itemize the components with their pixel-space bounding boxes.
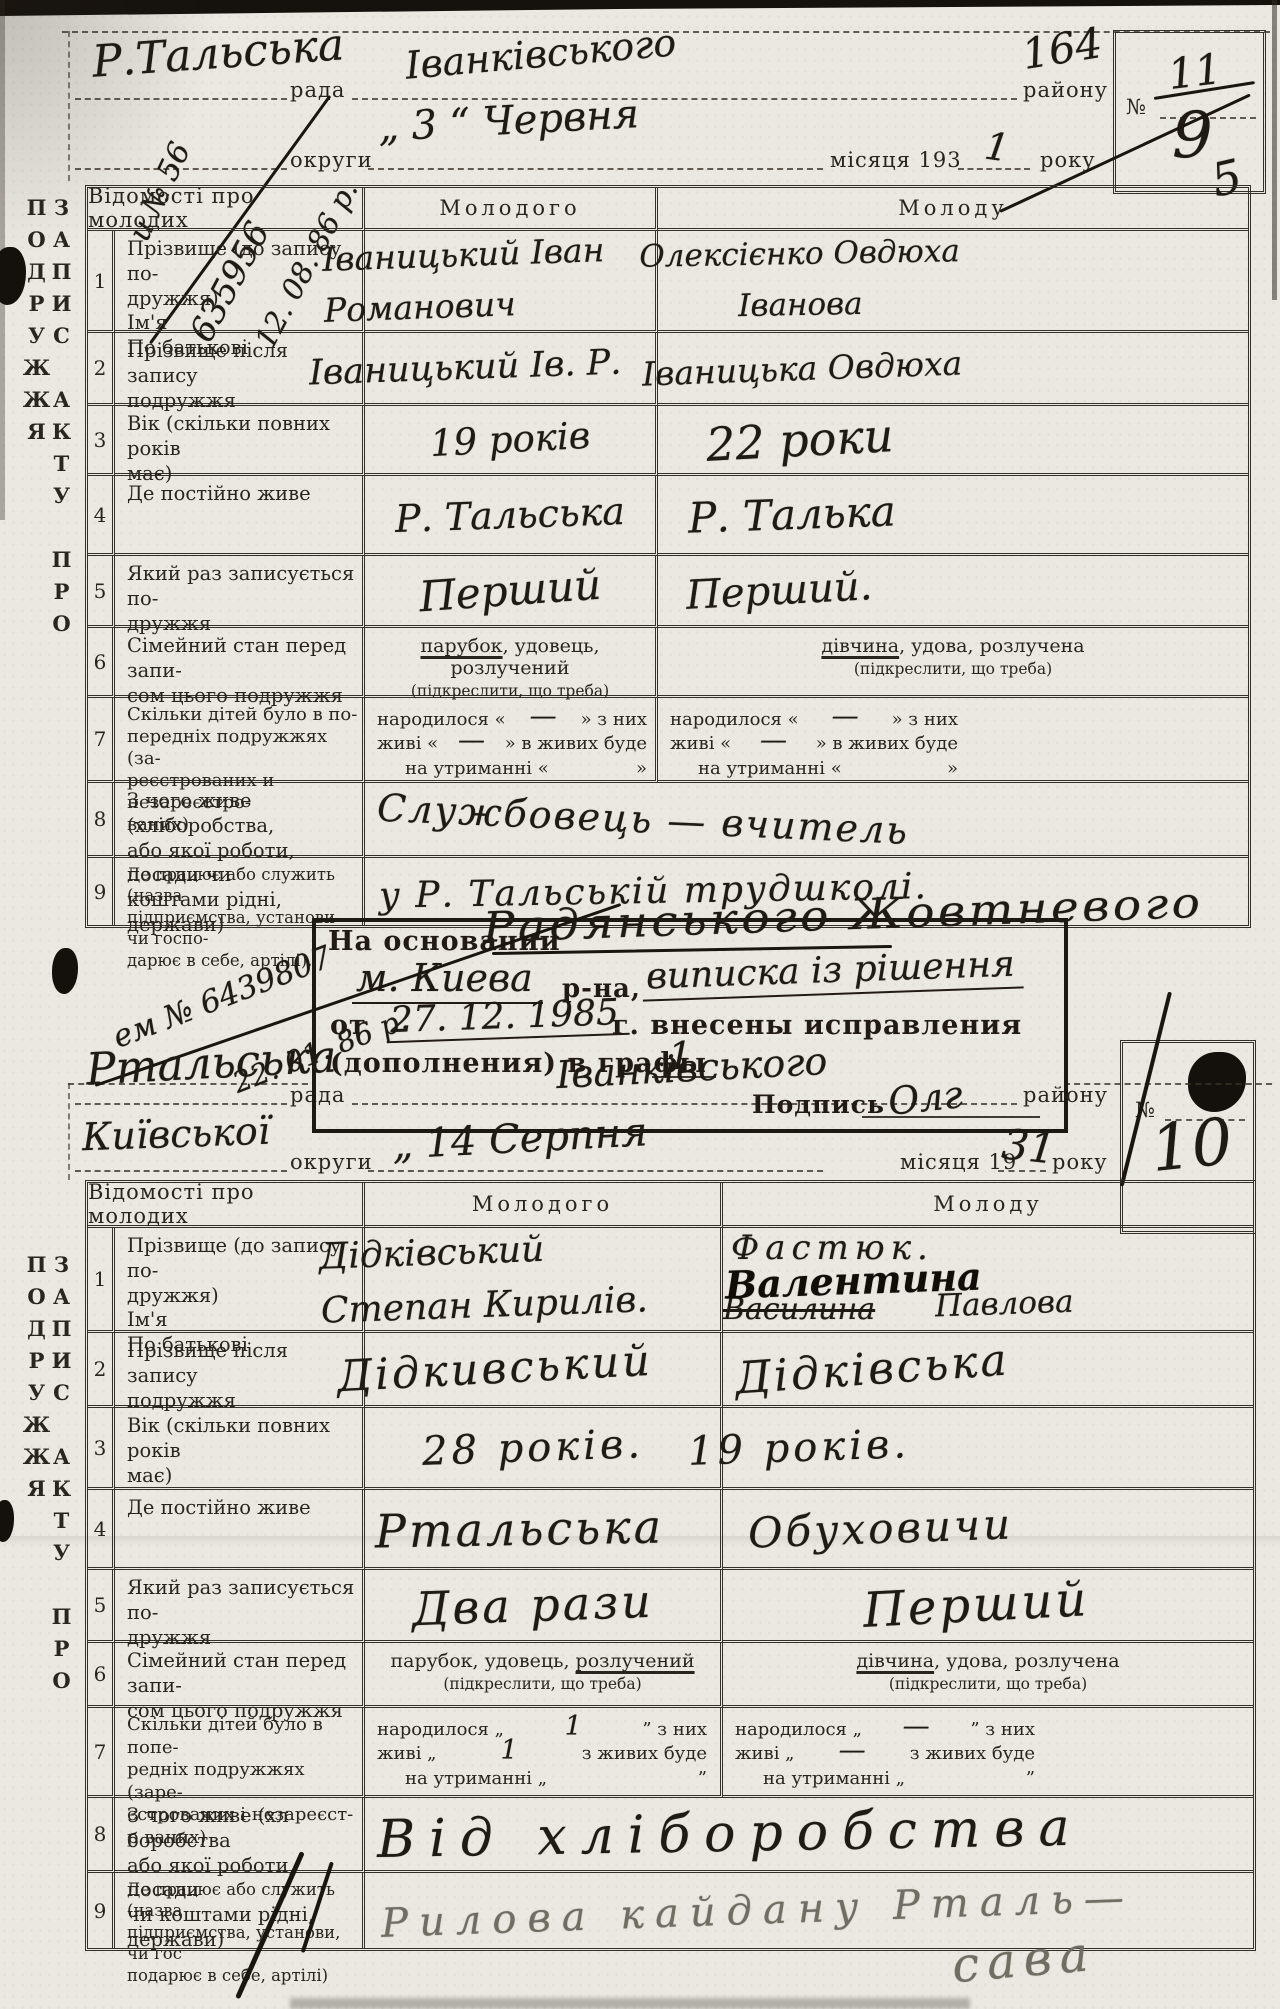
form1-row1-number: 1 (88, 231, 115, 333)
form2-row1-number: 1 (88, 1228, 115, 1333)
scanned-marriage-record-page: ЗАПИС АКТУ ПРО ПОДРУЖЖЯ рада району Р.Та… (0, 0, 1280, 2009)
form1-row3-groom-cell: 19 років (365, 406, 658, 476)
form2-row2-bride-value: Дідківська (734, 1334, 1012, 1404)
form2-row6-groom-underlined: розлучений (576, 1650, 695, 1672)
form2-row9-number: 9 (88, 1873, 115, 1948)
form2-row7-number: 7 (88, 1708, 115, 1798)
form1-row6-bride-underlined: дівчина (821, 635, 899, 657)
form1-row9-number: 9 (88, 858, 115, 925)
form1-row4-number: 4 (88, 476, 115, 556)
form1-row3-groom-value: 19 років (429, 414, 591, 465)
stamp-signature-value: Олг (886, 1072, 965, 1124)
form1-row1-groom-cell: Іваницький Іван Романович (365, 231, 658, 333)
form2-left-rule (68, 1083, 70, 1180)
form1-row5-number: 5 (88, 556, 115, 628)
form1-rada-blank (75, 98, 287, 100)
form2-row2-number: 2 (88, 1333, 115, 1408)
form1-row7-bride-cell: народилося «—» з них живі «—» в живих бу… (658, 698, 1248, 783)
form1-row6-bride-cell: дівчина, удова, розлучена (підкреслити, … (658, 628, 1248, 698)
form1-col-header-info: Відомості про молодих (88, 188, 365, 231)
form1-row6-groom-cell: парубок, удовець, розлучений (підкреслит… (365, 628, 658, 698)
form1-row5-question: Який раз записується по- дружжя (115, 556, 365, 628)
form1-col-header-bride: Молоду (658, 188, 1248, 231)
form1-row8-question: З чого живе (хліборобства, або якої робо… (115, 783, 365, 858)
form2-row1-groom-cell: Дідківський Степан Кирилів. (365, 1228, 723, 1333)
form2-row2-question: Прізвище після запису подружжя (115, 1333, 365, 1408)
form2-row3-groom-cell: 28 років. (365, 1408, 723, 1490)
form2-okruha-value: Київської (81, 1109, 270, 1160)
form1-year-blank (958, 168, 1030, 170)
form1-year-digit: 1 (982, 124, 1012, 171)
form1-row2-groom-cell: Іваницький Ів. Р. (365, 333, 658, 406)
form1-row7-number: 7 (88, 698, 115, 783)
form1-row9-question: Де працює або служить (назва підприємств… (115, 858, 365, 925)
form2-row3-question: Вік (скільки повних років має) (115, 1408, 365, 1490)
form2-okruha-label: округи (290, 1150, 373, 1174)
form1-row1-bride-value: Олексієнко Овдюха Іванова (619, 226, 981, 335)
form2-row4-groom-value: Ртальська (375, 1499, 665, 1558)
form1-page-number: 164 (1019, 18, 1106, 79)
form2-row6-number: 6 (88, 1643, 115, 1708)
form2-row1-bride-overwritten-name: Валентина (724, 1254, 982, 1308)
ink-blot-near-annotation (52, 948, 78, 994)
form2-row5-question: Який раз записується по- дружжя (115, 1570, 365, 1643)
form2-row7-question: Скільки дітей було в попе- редніх подруж… (115, 1708, 365, 1798)
form2-okruha-blank (75, 1170, 287, 1172)
form2-row8-answer-value: Від хліборобства (365, 1798, 1084, 1871)
form2-row3-groom-value: 28 років. (421, 1421, 644, 1475)
form1-rayon-label: району (1023, 78, 1108, 102)
form2-row3-bride-value: 19 років. (687, 1421, 910, 1475)
form1-row4-bride-value: Р. Талька (687, 486, 896, 542)
form1-row5-bride-value: Перший. (685, 563, 873, 619)
form2-rayon-label: району (1023, 1083, 1108, 1107)
form2-row2-groom-value: Дідкивський (336, 1336, 654, 1402)
form1-side-label: ЗАПИС АКТУ ПРО ПОДРУЖЖЯ (24, 195, 74, 815)
form2-table: Відомості про молодих Молодого Молоду 1 … (85, 1180, 1256, 1951)
form2-row1-groom-value: Дідківський Степан Кирилів. (318, 1219, 648, 1338)
form1-col-header-groom: Молодого (365, 188, 658, 231)
form2-row9-answer-continuation: сава (950, 1926, 1098, 1994)
form1-rada-label: рада (290, 78, 345, 102)
form1-date-value: „ 3 “ Червня (377, 91, 640, 151)
form2-row6-question: Сімейний стан перед запи- сом цього подр… (115, 1643, 365, 1708)
form1-number-box-mid-value: 9 (1172, 99, 1213, 173)
scan-right-edge (1272, 0, 1277, 300)
form2-row4-number: 4 (88, 1490, 115, 1570)
form1-row1-bride-cell: Олексієнко Овдюха Іванова (658, 231, 1248, 333)
form1-row4-groom-cell: Р. Тальська (365, 476, 658, 556)
form2-row9-question: Де працює або служить (назва підприємств… (115, 1873, 365, 1948)
form2-row5-bride-cell: Перший (723, 1570, 1253, 1643)
form2-year-digits: 31 (1000, 1119, 1058, 1173)
form2-row5-groom-value: Два рази (411, 1574, 655, 1636)
form2-roku-label: року (1052, 1150, 1108, 1174)
form1-row6-groom-underlined: парубок (420, 635, 502, 657)
form2-row6-bride-underlined: дівчина (856, 1650, 934, 1672)
form2-row1-bride-cell: Фастюк. Валентина Василина Павлова (723, 1228, 1253, 1333)
stamp-line3-handwriting-date: 27. 12. 1985 (385, 992, 629, 1043)
form1-row8-number: 8 (88, 783, 115, 858)
form2-row8-question: З чого живе (хл боробства або якої робот… (115, 1798, 365, 1873)
form2-col-header-groom: Молодого (365, 1183, 723, 1228)
form2-row4-question: Де постійно живе (115, 1490, 365, 1570)
form2-row5-bride-value: Перший (862, 1571, 1091, 1639)
form1-row4-bride-cell: Р. Талька (658, 476, 1248, 556)
form2-row6-bride-cell: дівчина, удова, розлучена (підкреслити, … (723, 1643, 1253, 1708)
form2-row7-groom-cell: народилося „1” з них живі „1з живих буде… (365, 1708, 723, 1798)
form2-row4-bride-value: Обуховичи (747, 1499, 1014, 1557)
stamp-signature-label: Подпись (752, 1090, 885, 1119)
form2-date-blank (368, 1170, 823, 1172)
form1-row2-bride-value: Іваницька Овдюха (641, 343, 962, 393)
form2-row8-number: 8 (88, 1798, 115, 1873)
form2-row5-groom-cell: Два рази (365, 1570, 723, 1643)
form1-row6-number: 6 (88, 628, 115, 698)
form2-row4-groom-cell: Ртальська (365, 1490, 723, 1570)
form1-table: Відомості про молодих Молодого Молоду 1 … (85, 185, 1251, 928)
form1-month-label: місяця 193 (830, 148, 962, 172)
form2-side-label: ЗАПИС АКТУ ПРО ПОДРУЖЖЯ (24, 1252, 74, 1872)
scan-bottom-smudge (290, 1998, 970, 2009)
form2-col-header-bride: Молоду (723, 1183, 1253, 1228)
form1-date-blank (368, 168, 823, 170)
form1-row7-question: Скільки дітей було в по- передніх подруж… (115, 698, 365, 783)
form1-row5-bride-cell: Перший. (658, 556, 1248, 628)
form1-row3-bride-value: 22 роки (705, 408, 895, 472)
form1-row7-groom-cell: народилося «—» з них живі «—» в живих бу… (365, 698, 658, 783)
form2-row8-answer-cell: Від хліборобства (365, 1798, 1253, 1873)
form1-number-box: № 11 9 5 (1113, 30, 1266, 194)
form1-number-box-label: № (1126, 95, 1147, 119)
form2-row4-bride-cell: Обуховичи (723, 1490, 1253, 1570)
form2-row7-bride-cell: народилося „—” з них живі „—з живих буде… (723, 1708, 1253, 1798)
form1-row8-answer-cell: Службовець — вчитель (365, 783, 1248, 858)
form1-left-rule (68, 31, 70, 181)
form1-row2-bride-cell: Іваницька Овдюха (658, 333, 1248, 406)
form2-row2-groom-cell: Дідкивський (365, 1333, 723, 1408)
form2-row3-number: 3 (88, 1408, 115, 1490)
form1-row3-question: Вік (скільки повних років має) (115, 406, 365, 476)
form2-row2-bride-cell: Дідківська (723, 1333, 1253, 1408)
form1-row8-answer-value: Службовець — вчитель (364, 785, 910, 853)
form1-row4-groom-value: Р. Тальська (394, 489, 625, 541)
form2-number-box-value: 10 (1147, 1105, 1236, 1187)
form1-row2-number: 2 (88, 333, 115, 406)
form1-row3-bride-cell: 22 роки (658, 406, 1248, 476)
form2-row9-answer-cell: Рилова кайдану Рталь— (365, 1873, 1253, 1948)
form1-row5-groom-value: Перший (417, 560, 602, 622)
form1-row4-question: Де постійно живе (115, 476, 365, 556)
ink-blot-left-form1 (0, 247, 26, 305)
form1-row3-number: 3 (88, 406, 115, 476)
form1-rayon-blank (352, 98, 1017, 100)
form2-row3-bride-cell: 19 років. (723, 1408, 1253, 1490)
form1-row5-groom-cell: Перший (365, 556, 658, 628)
form2-col-header-info: Відомості про молодих (88, 1183, 365, 1228)
form2-row5-number: 5 (88, 1570, 115, 1643)
form1-row6-question: Сімейний стан перед запи- сом цього подр… (115, 628, 365, 698)
form2-row6-groom-cell: парубок, удовець, розлучений (підкреслит… (365, 1643, 723, 1708)
form2-rada-blank (75, 1103, 287, 1105)
form1-row1-groom-value: Іваницький Іван Романович (321, 224, 607, 336)
form1-okruha-label: округи (290, 148, 373, 172)
